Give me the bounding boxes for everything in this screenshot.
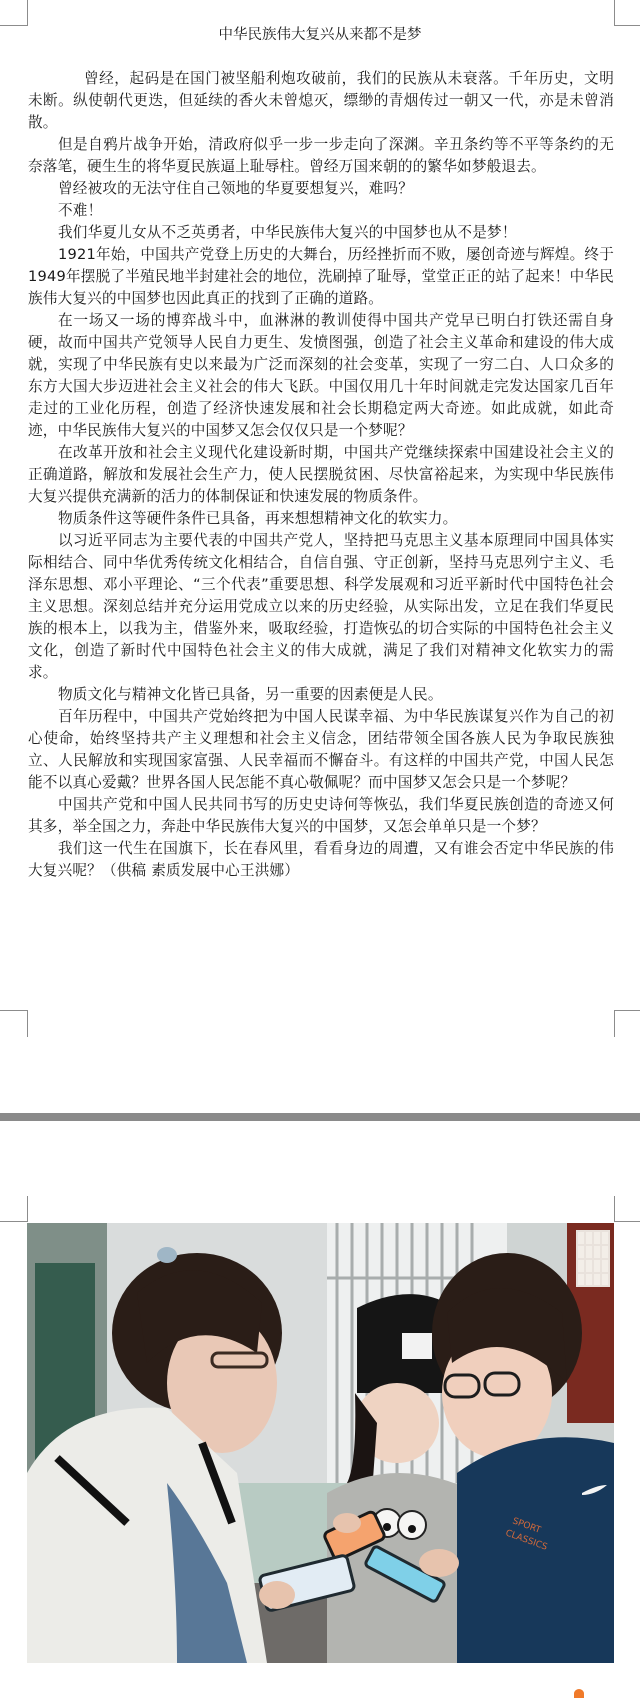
document-page-1: 中华民族伟大复兴从来都不是梦 曾经，起码是在国门被坚船利炮攻破前，我们的民族从未… bbox=[0, 0, 640, 1113]
paragraph: 中国共产党和中国人民共同书写的历史史诗何等恢弘，我们华夏民族创造的奇迹又何其多，… bbox=[28, 794, 614, 838]
students-photo: SPORT CLASSICS bbox=[27, 1223, 614, 1663]
paragraph: 在一场又一场的博弈战斗中，血淋淋的教训使得中国共产党早已明白打铁还需自身硬，故而… bbox=[28, 310, 614, 442]
paragraph: 在改革开放和社会主义现代化建设新时期，中国共产党继续探索中国建设社会主义的正确道… bbox=[28, 442, 614, 508]
paragraph: 百年历程中，中国共产党始终把为中国人民谋幸福、为中华民族谋复兴作为自己的初心使命… bbox=[28, 706, 614, 794]
paragraph: 我们这一代生在国旗下，长在春风里，看看身边的周遭，又有谁会否定中华民族的伟大复兴… bbox=[28, 838, 614, 882]
crop-mark-top-right bbox=[614, 1196, 640, 1222]
paragraph: 曾经被攻的无法守住自己领地的华夏要想复兴，难吗？ bbox=[28, 178, 614, 200]
paragraph: 1921年始，中国共产党登上历史的大舞台，历经挫折而不败，屡创奇迹与辉煌。终于1… bbox=[28, 244, 614, 310]
document-body: 曾经，起码是在国门被坚船利炮攻破前，我们的民族从未衰落。千年历史，文明未断。纵使… bbox=[28, 68, 614, 882]
paragraph: 曾经，起码是在国门被坚船利炮攻破前，我们的民族从未衰落。千年历史，文明未断。纵使… bbox=[28, 68, 614, 134]
paragraph: 物质文化与精神文化皆已具备，另一重要的因素便是人民。 bbox=[28, 684, 614, 706]
crop-mark-top-left bbox=[0, 1196, 28, 1222]
paragraph: 但是自鸦片战争开始，清政府似乎一步一步走向了深渊。辛丑条约等不平等条约的无奈落笔… bbox=[28, 134, 614, 178]
document-page-2: SPORT CLASSICS bbox=[0, 1121, 640, 1698]
crop-mark-bottom-right bbox=[614, 1010, 640, 1037]
paragraph: 以习近平同志为主要代表的中国共产党人，坚持把马克思主义基本原理同中国具体实际相结… bbox=[28, 530, 614, 684]
crop-mark-bottom-left bbox=[0, 1010, 28, 1037]
orange-watermark-icon bbox=[574, 1689, 584, 1698]
paragraph: 物质条件这等硬件条件已具备，再来想想精神文化的软实力。 bbox=[28, 508, 614, 530]
crop-mark-top-left bbox=[0, 0, 28, 26]
page-separator bbox=[0, 1113, 640, 1121]
document-title: 中华民族伟大复兴从来都不是梦 bbox=[0, 24, 640, 46]
paragraph: 我们华夏儿女从不乏英勇者，中华民族伟大复兴的中国梦也从不是梦！ bbox=[28, 222, 614, 244]
crop-mark-top-right bbox=[614, 0, 640, 26]
paragraph: 不难！ bbox=[28, 200, 614, 222]
